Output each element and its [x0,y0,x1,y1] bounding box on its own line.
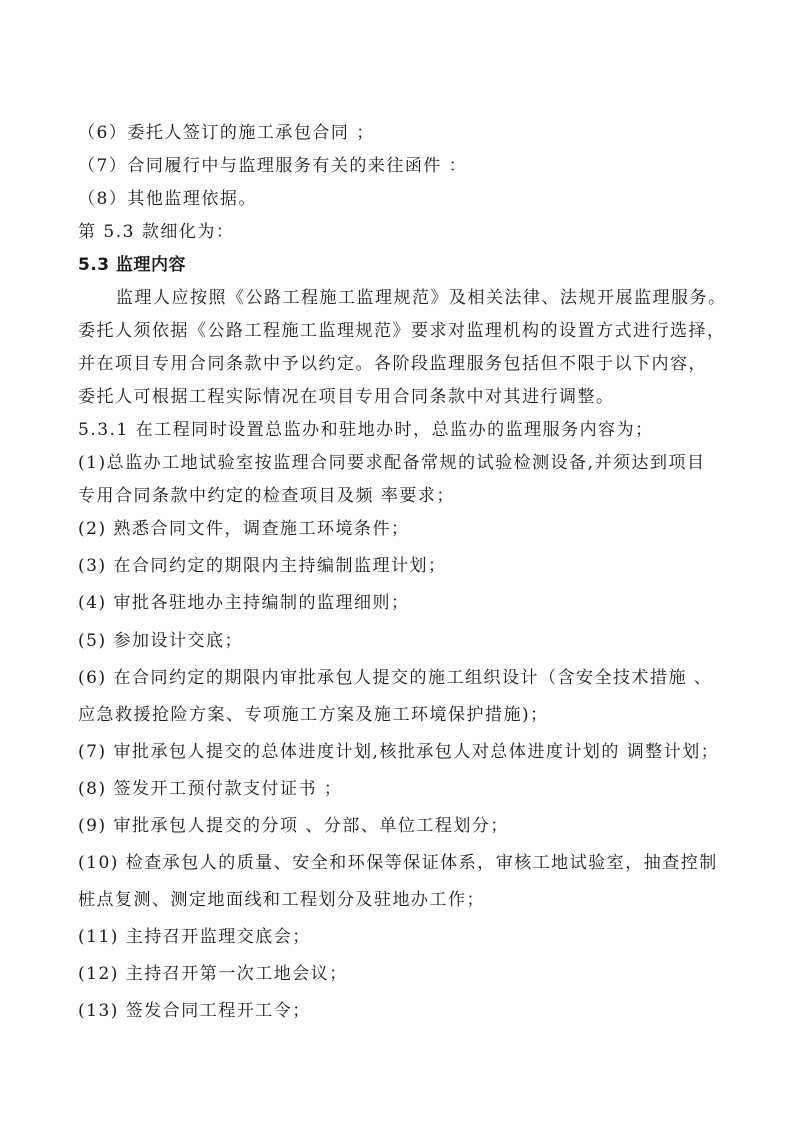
list-item: (6) 在合同约定的期限内审批承包人提交的施工组织设计（含安全技术措施 、 [78,667,712,689]
subsection-heading: 5.3.1 在工程同时设置总监办和驻地办时，总监办的监理服务内容为； [78,419,654,441]
intro-paragraph-line-1: 监理人应按照《公路工程施工监理规范》及相关法律、法规开展监理服务。 [116,287,727,309]
basis-item-6: （6）委托人签订的施工承包合同 ； [78,122,375,144]
list-item: 专用合同条款中约定的检查项目及频 率要求； [78,485,455,507]
list-item: 桩点复测、测定地面线和工程划分及驻地办工作； [78,889,485,911]
list-item: (1)总监办工地试验室按监理合同要求配备常规的试验检测设备,并须达到项目 [78,452,705,474]
clause-refinement-note: 第 5.3 款细化为： [78,221,234,243]
intro-paragraph-line-4: 委托人可根据工程实际情况在项目专用合同条款中对其进行调整。 [78,386,615,408]
list-item: (2) 熟悉合同文件，调查施工环境条件； [78,518,409,540]
intro-paragraph-line-2: 委托人须依据《公路工程施工监理规范》要求对监理机构的设置方式进行选择， [78,320,726,342]
list-item: (7) 审批承包人提交的总体进度计划,核批承包人对总体进度计划的 调整计划； [78,741,719,763]
list-item: (11) 主持召开监理交底会； [78,926,311,948]
list-item: (4) 审批各驻地办主持编制的监理细则； [78,592,409,614]
list-item: (5) 参加设计交底； [78,630,243,652]
list-item: (10) 检查承包人的质量、安全和环保等保证体系，审核工地试验室，抽查控制 [78,852,718,874]
list-item: (12) 主持召开第一次工地会议； [78,963,348,985]
list-item: (9) 审批承包人提交的分项 、分部、单位工程划分； [78,815,509,837]
intro-paragraph-line-3: 并在项目专用合同条款中予以约定。各阶段监理服务包括但不限于以下内容， [78,353,707,375]
basis-item-8: （8）其他监理依据。 [78,188,257,210]
list-item: (3) 在合同约定的期限内主持编制监理计划； [78,555,446,577]
basis-item-7: （7）合同履行中与监理服务有关的来往函件 ： [78,155,467,177]
list-item: (8) 签发开工预付款支付证书 ； [78,778,342,800]
document-page: （6）委托人签订的施工承包合同 ； （7）合同履行中与监理服务有关的来往函件 ：… [0,0,793,1122]
list-item: (13) 签发合同工程开工令； [78,1000,311,1022]
list-item: 应急救援抢险方案、专项施工方案及施工环境保护措施)； [78,704,549,726]
section-heading: 5.3 监理内容 [78,254,186,276]
